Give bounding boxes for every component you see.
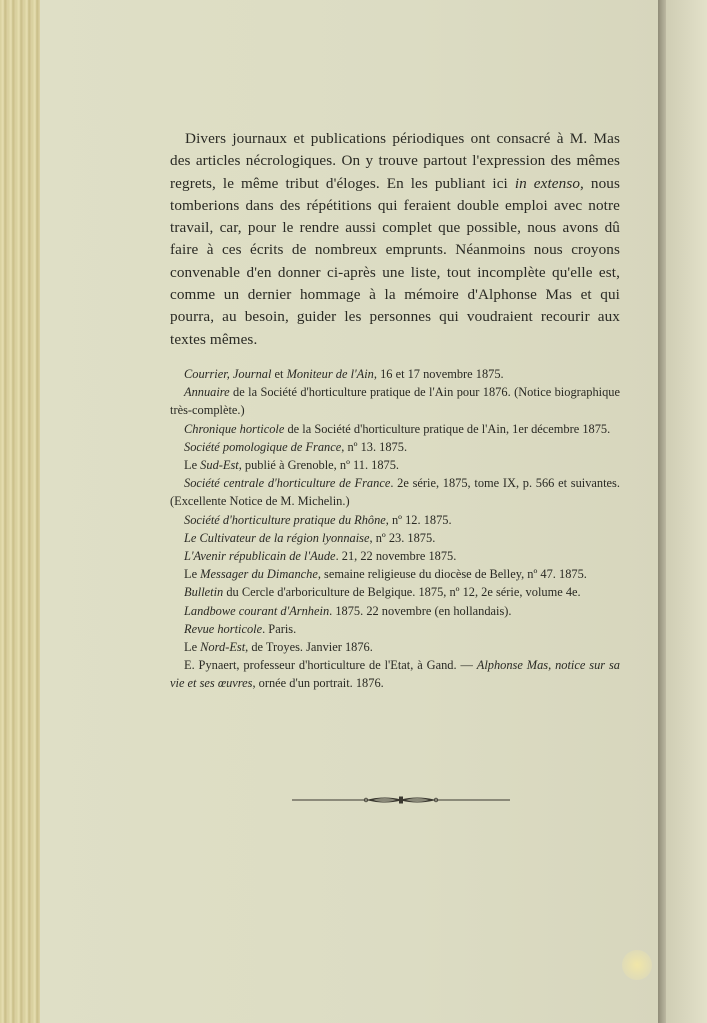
text-run: , nous tomberions dans des répétitions q… xyxy=(170,175,620,348)
publication-title: Bulletin xyxy=(184,585,223,599)
reference-text: Le xyxy=(184,640,200,654)
publication-title: Le Cultivateur de la région lyonnaise xyxy=(184,531,370,545)
page-edges xyxy=(0,0,42,1023)
publication-title: Messager du Dimanche xyxy=(200,567,318,581)
reference-list: Courrier, Journal et Moniteur de l'Ain, … xyxy=(170,365,620,693)
reference-item: Société d'horticulture pratique du Rhône… xyxy=(170,511,620,529)
publication-title: Société centrale d'horticulture de Franc… xyxy=(184,476,390,490)
publication-title: Revue horticole xyxy=(184,622,262,636)
intro-paragraph: Divers journaux et publications périodiq… xyxy=(170,128,620,351)
publication-title: Courrier, Journal xyxy=(184,367,271,381)
italic-phrase: in extenso xyxy=(515,175,580,192)
reference-item: E. Pynaert, professeur d'horticulture de… xyxy=(170,656,620,692)
reference-text: de la Société d'horticulture pratique de… xyxy=(284,422,610,436)
publication-title: Moniteur de l'Ain xyxy=(287,367,374,381)
reference-text: de la Société d'horticulture pratique de… xyxy=(170,385,620,417)
reference-item: L'Avenir républicain de l'Aude. 21, 22 n… xyxy=(170,547,620,565)
publication-title: Landbowe courant d'Arnhein xyxy=(184,604,329,618)
reference-text: , semaine religieuse du diocèse de Belle… xyxy=(318,567,587,581)
reference-item: Le Sud-Est, publié à Grenoble, nº 11. 18… xyxy=(170,456,620,474)
publication-title: L'Avenir républicain de l'Aude xyxy=(184,549,336,563)
publication-title: Chronique horticole xyxy=(184,422,284,436)
reference-text: , nº 23. 1875. xyxy=(370,531,436,545)
reference-item: Société pomologique de France, nº 13. 18… xyxy=(170,438,620,456)
reference-text: . 1875. 22 novembre (en hollandais). xyxy=(329,604,511,618)
publication-title: Société pomologique de France xyxy=(184,440,341,454)
page-gutter-shadow xyxy=(658,0,666,1023)
next-page-edge xyxy=(666,0,707,1023)
reference-text: , ornée d'un portrait. 1876. xyxy=(252,676,383,690)
decorative-rule-ornament xyxy=(290,795,512,805)
reference-text: E. Pynaert, professeur d'horticulture de… xyxy=(184,658,477,672)
reference-item: Société centrale d'horticulture de Franc… xyxy=(170,474,620,510)
reference-item: Annuaire de la Société d'horticulture pr… xyxy=(170,383,620,419)
reference-text: , 16 et 17 novembre 1875. xyxy=(374,367,504,381)
reference-item: Le Cultivateur de la région lyonnaise, n… xyxy=(170,529,620,547)
reference-text: , nº 13. 1875. xyxy=(341,440,407,454)
reference-text: , publié à Grenoble, nº 11. 1875. xyxy=(239,458,399,472)
reference-item: Le Nord-Est, de Troyes. Janvier 1876. xyxy=(170,638,620,656)
reference-item: Landbowe courant d'Arnhein. 1875. 22 nov… xyxy=(170,602,620,620)
reference-text: et xyxy=(271,367,286,381)
reference-text: du Cercle d'arboriculture de Belgique. 1… xyxy=(223,585,580,599)
reference-item: Revue horticole. Paris. xyxy=(170,620,620,638)
reference-text: Le xyxy=(184,458,200,472)
paper-stain xyxy=(622,950,652,980)
reference-item: Courrier, Journal et Moniteur de l'Ain, … xyxy=(170,365,620,383)
reference-item: Le Messager du Dimanche, semaine religie… xyxy=(170,565,620,583)
reference-text: . Paris. xyxy=(262,622,296,636)
reference-item: Bulletin du Cercle d'arboriculture de Be… xyxy=(170,583,620,601)
publication-title: Nord-Est xyxy=(200,640,245,654)
reference-item: Chronique horticole de la Société d'hort… xyxy=(170,420,620,438)
publication-title: Société d'horticulture pratique du Rhône xyxy=(184,513,386,527)
reference-text: Le xyxy=(184,567,200,581)
page-content: Divers journaux et publications périodiq… xyxy=(170,128,620,693)
intro-text: Divers journaux et publications périodiq… xyxy=(170,128,620,351)
reference-text: . 21, 22 novembre 1875. xyxy=(336,549,457,563)
publication-title: Sud-Est xyxy=(200,458,239,472)
reference-text: , de Troyes. Janvier 1876. xyxy=(245,640,373,654)
publication-title: Annuaire xyxy=(184,385,230,399)
reference-text: , nº 12. 1875. xyxy=(386,513,452,527)
